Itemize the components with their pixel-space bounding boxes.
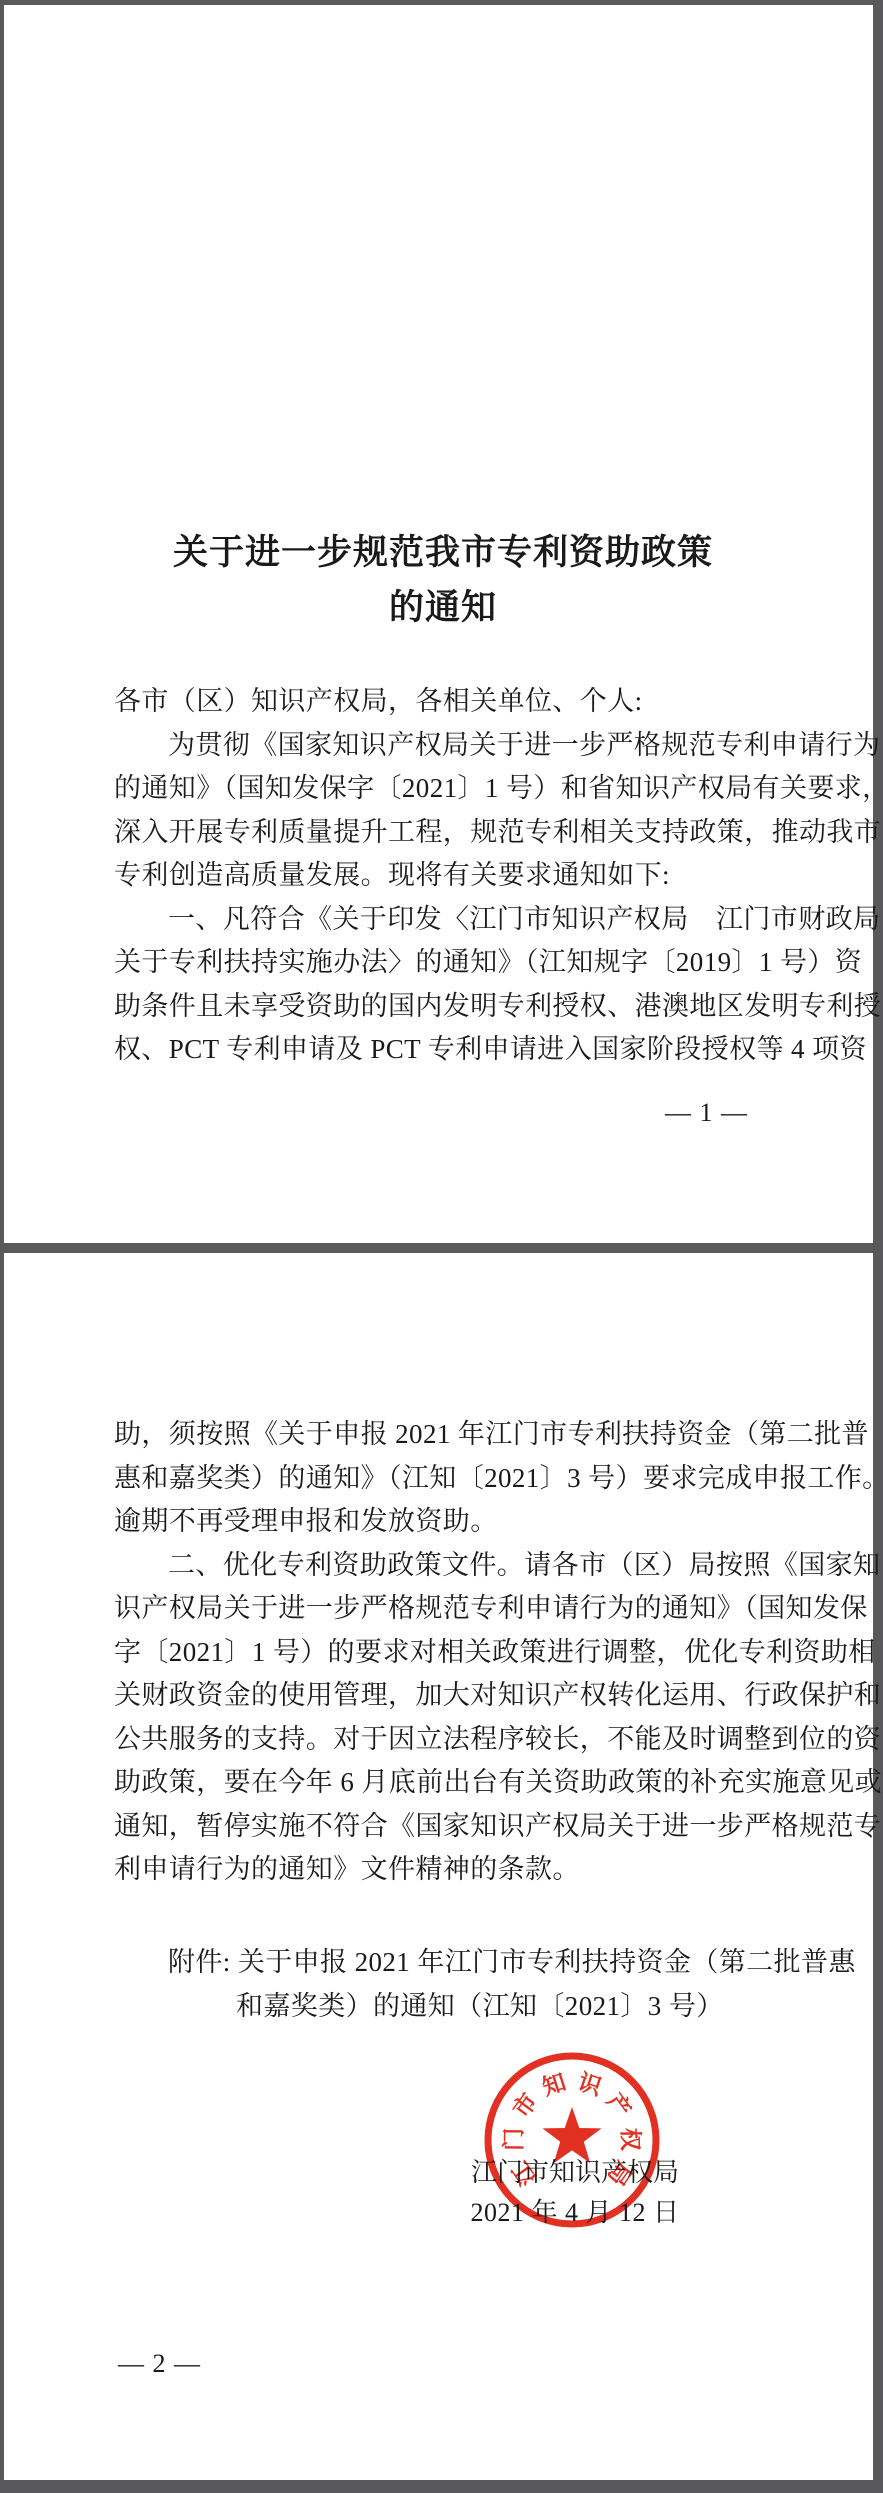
body-line: 逾期不再受理申报和发放资助。 bbox=[114, 1500, 776, 1544]
seal-char: 权 bbox=[617, 2128, 643, 2152]
body-line: 助政策，要在今年 6 月底前出台有关资助政策的补充实施意见或 bbox=[114, 1761, 776, 1805]
body-line: 助，须按照《关于申报 2021 年江门市专利扶持资金（第二批普 bbox=[114, 1413, 776, 1457]
body-line: 关于专利扶持实施办法〉的通知》（江知规字〔2019〕1 号）资 bbox=[114, 941, 776, 985]
seal-char: 识 bbox=[575, 2069, 606, 2100]
body-line: 关财政资金的使用管理，加大对知识产权转化运用、行政保护和 bbox=[114, 1674, 776, 1718]
body-line: 的通知》（国知发保字〔2021〕1 号）和省知识产权局有关要求， bbox=[114, 767, 776, 811]
attachment-note: 附件: 关于申报 2021 年江门市专利扶持资金（第二批普惠 和嘉奖类）的通知（… bbox=[114, 1941, 776, 2028]
body-line: 惠和嘉奖类）的通知》（江知〔2021〕3 号）要求完成申报工作。 bbox=[114, 1457, 776, 1501]
body-line: 深入开展专利质量提升工程，规范专利相关支持政策，推动我市 bbox=[114, 811, 776, 855]
page-1: 关于进一步规范我市专利资助政策 的通知 各市（区）知识产权局，各相关单位、个人:… bbox=[4, 5, 873, 1243]
body-line: 二、优化专利资助政策文件。请各市（区）局按照《国家知 bbox=[114, 1544, 776, 1588]
seal-star-icon bbox=[543, 2107, 602, 2163]
document-title: 关于进一步规范我市专利资助政策 的通知 bbox=[114, 525, 772, 635]
document-title-line-1: 关于进一步规范我市专利资助政策 bbox=[114, 525, 772, 580]
seal-char: 产 bbox=[602, 2088, 637, 2122]
issuer-name: 江门市知识产权局 bbox=[455, 2158, 695, 2188]
page-1-body: 各市（区）知识产权局，各相关单位、个人: 为贯彻《国家知识产权局关于进一步严格规… bbox=[114, 680, 776, 1072]
body-line: 通知，暂停实施不符合《国家知识产权局关于进一步严格规范专 bbox=[114, 1805, 776, 1849]
page-number-1: — 1 — bbox=[665, 1099, 748, 1127]
page-2: 助，须按照《关于申报 2021 年江门市专利扶持资金（第二批普 惠和嘉奖类）的通… bbox=[4, 1253, 873, 2480]
issue-date: 2021 年 4 月 12 日 bbox=[455, 2198, 695, 2228]
attachment-line: 和嘉奖类）的通知（江知〔2021〕3 号） bbox=[114, 1985, 776, 2029]
seal-char: 知 bbox=[539, 2069, 569, 2100]
body-line: 为贯彻《国家知识产权局关于进一步严格规范专利申请行为 bbox=[114, 724, 776, 768]
seal-char: 市 bbox=[508, 2089, 542, 2122]
body-line: 专利创造高质量发展。现将有关要求通知如下: bbox=[114, 854, 776, 898]
body-line: 权、PCT 专利申请及 PCT 专利申请进入国家阶段授权等 4 项资 bbox=[114, 1028, 776, 1072]
body-line: 字〔2021〕1 号）的要求对相关政策进行调整，优化专利资助相 bbox=[114, 1631, 776, 1675]
document-title-line-2: 的通知 bbox=[114, 580, 772, 635]
page-number-2: — 2 — bbox=[118, 2350, 201, 2378]
body-line: 利申请行为的通知》文件精神的条款。 bbox=[114, 1848, 776, 1892]
body-line: 一、凡符合《关于印发〈江门市知识产权局 江门市财政局 bbox=[114, 898, 776, 942]
body-line: 公共服务的支持。对于因立法程序较长，不能及时调整到位的资 bbox=[114, 1718, 776, 1762]
body-line: 识产权局关于进一步严格规范专利申请行为的通知》（国知发保 bbox=[114, 1587, 776, 1631]
body-line: 各市（区）知识产权局，各相关单位、个人: bbox=[114, 680, 776, 724]
seal-char: 门 bbox=[500, 2128, 526, 2151]
document-viewer: 关于进一步规范我市专利资助政策 的通知 各市（区）知识产权局，各相关单位、个人:… bbox=[0, 0, 883, 2493]
page-2-body: 助，须按照《关于申报 2021 年江门市专利扶持资金（第二批普 惠和嘉奖类）的通… bbox=[114, 1413, 776, 1892]
body-line: 助条件且未享受资助的国内发明专利授权、港澳地区发明专利授 bbox=[114, 985, 776, 1029]
attachment-line: 附件: 关于申报 2021 年江门市专利扶持资金（第二批普惠 bbox=[114, 1941, 776, 1985]
